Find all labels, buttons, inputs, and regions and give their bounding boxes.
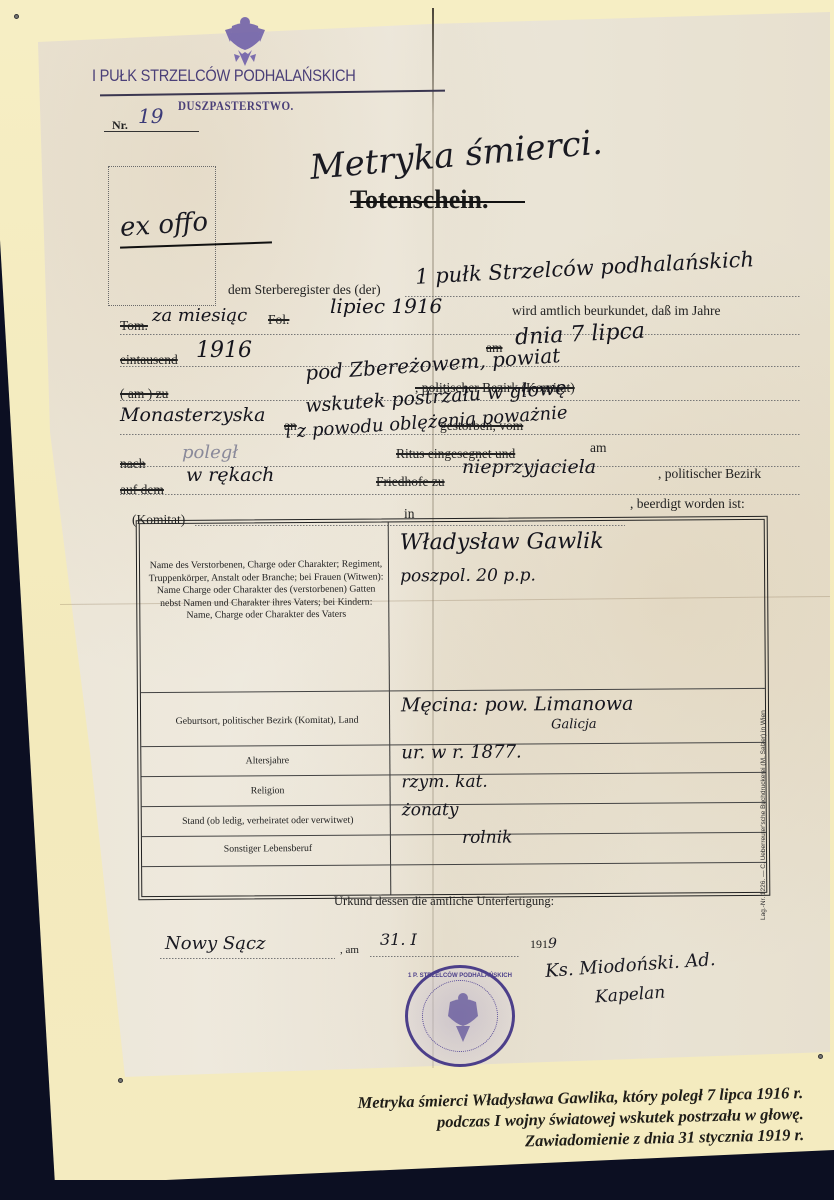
- enemy-value: nieprzyjaciela: [462, 456, 596, 478]
- table-value-religion: rzym. kat.: [401, 772, 487, 793]
- table-label-age: Altersjahre: [149, 754, 385, 768]
- printed-title: Totenschein.: [350, 185, 488, 215]
- eagle-seal-icon: [440, 990, 486, 1046]
- table-row-divider: [142, 862, 766, 867]
- eagle-emblem-icon: [222, 14, 268, 70]
- title-strikethrough: [350, 201, 525, 203]
- beurkundet-label: wird amtlich beurkundet, daß im Jahre: [512, 303, 720, 319]
- table-label-name: Name des Verstorbenen, Charge oder Chara…: [148, 558, 384, 622]
- table-column-divider: [388, 522, 392, 894]
- table-value-birthplace: Męcina: pow. Limanowa: [401, 693, 634, 717]
- table-label-occupation: Sonstiger Lebensberuf: [150, 842, 386, 856]
- regiment-stamp: I PUŁK STRZELCÓW PODHALAŃSKICH: [92, 66, 356, 86]
- issue-year-prefix: 191: [530, 937, 548, 951]
- table-label-status: Stand (ob ledig, verheiratet oder verwit…: [150, 814, 386, 828]
- table-row-divider: [142, 832, 766, 837]
- cemetery-value: w rękach: [186, 464, 274, 486]
- tom-value: za miesiąc: [152, 305, 247, 326]
- personal-data-table: Name des Verstorbenen, Charge oder Chara…: [136, 516, 771, 900]
- dotted-line: [370, 956, 520, 957]
- margin-note: ex offo: [119, 207, 209, 243]
- dotted-line: [120, 334, 800, 335]
- fol-value: lipiec 1916: [330, 294, 442, 318]
- number-underline: [104, 131, 199, 132]
- seal-text: 1 P. STRZELCÓW PODHALAŃSKICH: [408, 973, 512, 979]
- attestation-text: Urkund dessen die amtliche Unterfertigun…: [334, 894, 554, 909]
- nach-label: nach: [120, 456, 145, 472]
- official-seal: 1 P. STRZELCÓW PODHALAŃSKICH: [405, 965, 515, 1067]
- table-value-status: żonaty: [402, 800, 459, 820]
- issue-date: 31. I: [380, 930, 417, 949]
- dotted-line: [160, 958, 335, 959]
- mount-pin: [818, 1054, 823, 1059]
- mount-pin: [14, 14, 19, 19]
- mount-pin: [118, 1078, 123, 1083]
- am-label-2: am: [590, 440, 607, 456]
- table-label-religion: Religion: [150, 784, 386, 798]
- table-value-province: Galicja: [551, 717, 597, 732]
- district-value: Monasterzyska: [120, 404, 266, 426]
- dotted-line: [120, 494, 800, 495]
- chaplaincy-stamp: DUSZPASTERSTWO.: [178, 98, 294, 114]
- table-label-birthplace: Geburtsort, politischer Bezirk (Komitat)…: [149, 714, 385, 728]
- table-value-rank: poszpol. 20 p.p.: [400, 565, 536, 586]
- pencil-note: poległ: [182, 442, 238, 463]
- table-value-age: ur. w r. 1877.: [401, 742, 522, 764]
- friedhofe-label: Friedhofe zu: [376, 474, 445, 490]
- dotted-line: [405, 296, 800, 297]
- issue-place: Nowy Sącz: [165, 933, 266, 954]
- table-value-occupation: rolnik: [462, 828, 513, 848]
- table-row-divider: [141, 688, 765, 693]
- issue-year: 1919: [530, 936, 557, 952]
- year-value: 1916: [196, 338, 252, 363]
- tom-label: Tom.: [120, 318, 148, 334]
- dotted-line: [120, 434, 800, 435]
- issue-year-suffix: 9: [548, 936, 557, 952]
- bezirk-label-2: , politischer Bezirk: [658, 466, 761, 482]
- exhibit-caption: Metryka śmierci Władysława Gawlika, któr…: [358, 1082, 805, 1155]
- printer-imprint: Lag.-Nr. 1226. — C. Ueberreuter'sche Buc…: [760, 580, 774, 920]
- fol-label: Fol.: [268, 312, 289, 328]
- beerdigt-label: , beerdigt worden ist:: [630, 496, 745, 512]
- am-label-footer: , am: [340, 944, 359, 956]
- auf-dem-label: auf dem: [120, 482, 164, 498]
- table-value-name: Władysław Gawlik: [400, 529, 604, 555]
- number-value: 19: [138, 104, 163, 128]
